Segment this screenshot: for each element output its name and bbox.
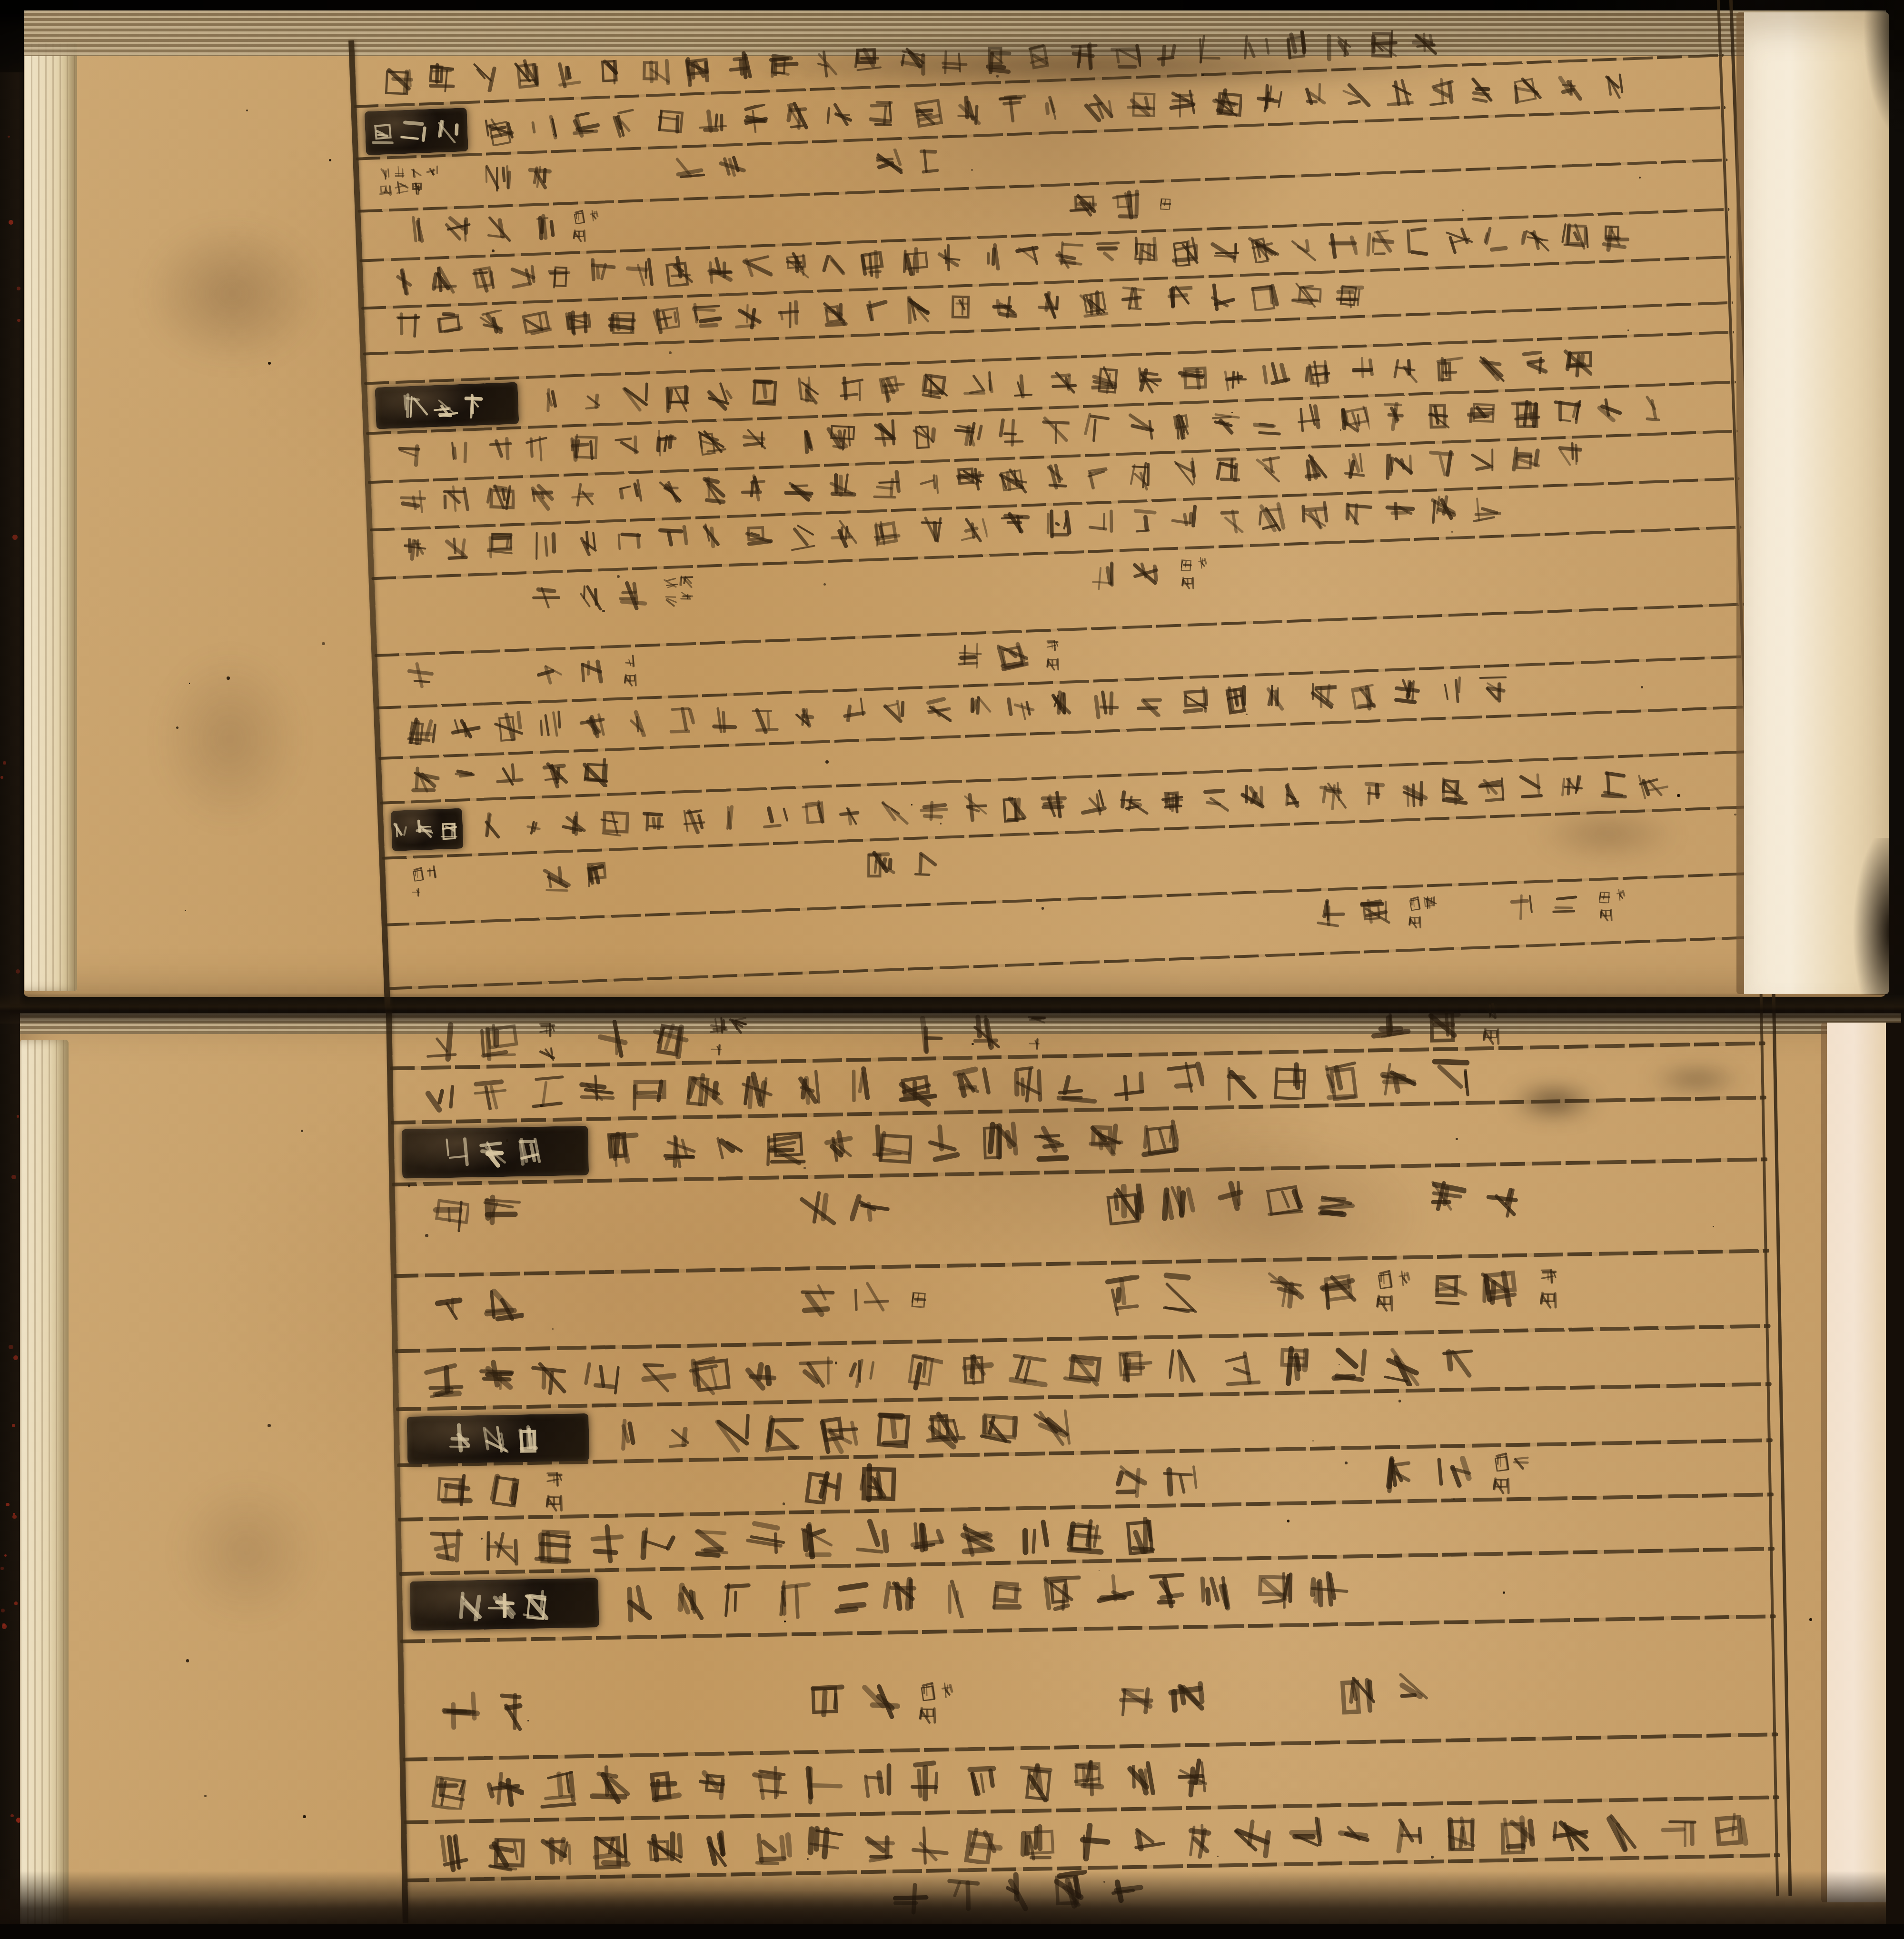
glyph (767, 51, 799, 83)
glyph (1031, 1122, 1072, 1164)
herb-dosage-note (410, 866, 442, 897)
glyph (709, 1017, 729, 1037)
glyph (1057, 1064, 1098, 1104)
herb-group (954, 638, 1061, 672)
glyph (526, 481, 558, 513)
glyph (1479, 1267, 1522, 1310)
glyph (582, 859, 614, 890)
herb-dosage-note (1374, 1269, 1416, 1310)
glyph (996, 1871, 1038, 1913)
glyph (486, 528, 517, 560)
worm-speck (1677, 794, 1680, 797)
herb-group (864, 847, 951, 881)
glyph (604, 1128, 646, 1171)
red-edge-speck (9, 1345, 13, 1350)
glyph (1510, 72, 1543, 105)
note-line (664, 592, 696, 607)
worm-speck (669, 351, 672, 354)
herb-name (798, 1278, 906, 1321)
worm-speck (784, 1621, 786, 1622)
red-edge-speck (13, 1513, 15, 1515)
glyph (1263, 684, 1294, 715)
glyph (764, 1127, 806, 1169)
glyph (667, 1580, 709, 1622)
note-line (1598, 888, 1630, 904)
glyph (483, 1769, 524, 1810)
glyph (1491, 1452, 1511, 1472)
glyph (545, 258, 578, 291)
glyph (1596, 70, 1628, 103)
herb-name (433, 1470, 540, 1512)
note-line (537, 1041, 558, 1061)
glyph (528, 1359, 570, 1401)
glyph (544, 1469, 564, 1489)
glyph (1045, 656, 1060, 670)
glyph (824, 422, 855, 453)
glyph (452, 763, 482, 794)
note-line (536, 1020, 557, 1040)
glyph (553, 57, 585, 89)
glyph (470, 1072, 512, 1114)
glyph (586, 208, 602, 223)
glyph (480, 1193, 522, 1234)
glyph (526, 112, 558, 144)
glyph (698, 475, 729, 506)
glyph (1359, 896, 1391, 929)
glyph (855, 1462, 897, 1504)
glyph (539, 862, 572, 895)
glyph (1337, 1818, 1378, 1859)
herb-name (1108, 1457, 1216, 1500)
glyph (848, 1351, 890, 1393)
glyph (416, 1076, 458, 1118)
glyph (739, 424, 770, 455)
herb-ingredient-row (405, 1666, 1773, 1756)
herb-group (481, 159, 568, 193)
glyph (519, 306, 552, 338)
glyph (1323, 1060, 1364, 1101)
herb-name (954, 639, 1041, 673)
worm-speck (1713, 1226, 1714, 1227)
glyph (639, 55, 671, 87)
herb-dosage-note (544, 1470, 565, 1510)
glyph (1048, 1870, 1091, 1913)
glyph (622, 654, 637, 669)
glyph (1478, 1177, 1520, 1219)
glyph (440, 1690, 482, 1731)
glyph (804, 1825, 845, 1866)
glyph (597, 56, 627, 87)
glyph (1148, 1571, 1189, 1612)
glyph (968, 1009, 1011, 1052)
worm-speck (408, 1184, 411, 1187)
glyph (1636, 767, 1669, 800)
glyph (1550, 1812, 1592, 1854)
glyph (758, 799, 790, 831)
glyph (377, 166, 393, 181)
worm-speck (204, 1795, 207, 1797)
glyph (791, 376, 822, 406)
glyph (1389, 1671, 1431, 1712)
red-edge-speck (16, 969, 20, 974)
glyph (1170, 236, 1201, 267)
glyph (1537, 1266, 1557, 1286)
glyph (1198, 786, 1229, 817)
glyph (741, 472, 772, 503)
herb-group (433, 1469, 565, 1512)
herb-name (1103, 1180, 1264, 1224)
glyph (410, 866, 425, 882)
herb-group (1261, 1178, 1369, 1221)
glyph (923, 1121, 967, 1164)
herb-name (1089, 557, 1176, 591)
herb-group (871, 145, 958, 179)
glyph (862, 292, 894, 325)
glyph (819, 297, 852, 329)
glyph (1042, 508, 1073, 539)
glyph (871, 1124, 912, 1165)
glyph (483, 1284, 524, 1325)
glyph (1278, 779, 1309, 811)
herb-group (405, 866, 442, 898)
glyph (1131, 556, 1164, 589)
glyph (1562, 348, 1592, 378)
glyph (696, 425, 727, 456)
glyph (1163, 1060, 1205, 1102)
glyph (938, 43, 971, 76)
glyph (653, 427, 685, 459)
note-line (410, 866, 442, 881)
glyph (451, 1589, 483, 1621)
glyph (657, 1128, 699, 1170)
glyph (833, 374, 865, 406)
glyph (1325, 31, 1356, 62)
red-edge-speck (17, 319, 20, 322)
glyph (1602, 1810, 1646, 1853)
glyph (870, 514, 903, 547)
red-edge-speck (17, 287, 20, 290)
glyph (1422, 1004, 1465, 1046)
glyph (918, 794, 949, 825)
glyph (559, 811, 590, 842)
glyph (1613, 887, 1628, 902)
glyph (1068, 40, 1098, 70)
glyph (729, 1015, 749, 1035)
glyph (1491, 1475, 1510, 1494)
red-edge-speck (12, 1515, 16, 1519)
herb-name (864, 847, 951, 881)
glyph (978, 1408, 1020, 1450)
glyph (724, 50, 756, 82)
glyph (764, 1414, 807, 1457)
glyph (524, 1073, 565, 1114)
note-line (1044, 638, 1061, 653)
worm-speck (1639, 177, 1641, 179)
glyph (382, 64, 414, 97)
glyph (571, 209, 586, 224)
herb-group (427, 1193, 535, 1236)
glyph (851, 1516, 893, 1559)
glyph (1260, 1179, 1304, 1222)
glyph (1442, 224, 1475, 257)
glyph (1069, 1756, 1111, 1798)
glyph (1385, 497, 1416, 528)
glyph (835, 696, 866, 727)
glyph (629, 1070, 673, 1114)
glyph (1432, 1452, 1475, 1495)
upper-page (24, 10, 1886, 997)
glyph (937, 1680, 957, 1700)
glyph (783, 471, 815, 503)
glyph (398, 487, 430, 518)
glyph (907, 848, 938, 879)
glyph (1468, 76, 1499, 107)
glyph (1008, 1352, 1050, 1393)
glyph (991, 290, 1023, 322)
herb-name (1105, 1273, 1212, 1315)
glyph (400, 532, 431, 563)
note-line (1481, 1024, 1502, 1043)
formula-name-header-block (401, 1126, 589, 1179)
note-line (1027, 1011, 1048, 1031)
herb-name (539, 859, 626, 893)
glyph (441, 484, 472, 515)
glyph (1408, 914, 1422, 928)
glyph (620, 381, 650, 412)
glyph (545, 1492, 564, 1511)
glyph (1169, 457, 1200, 488)
glyph (462, 392, 490, 420)
glyph (589, 1765, 631, 1807)
glyph (936, 243, 967, 274)
glyph (530, 579, 562, 611)
glyph (425, 1021, 467, 1064)
glyph (1269, 1058, 1312, 1101)
herb-dosage-note (1180, 556, 1212, 587)
glyph (691, 1520, 734, 1564)
glyph (717, 152, 748, 183)
herb-group (1425, 1175, 1533, 1218)
note-line (622, 654, 638, 668)
herb-dosage-note (571, 209, 604, 240)
glyph (998, 793, 1030, 824)
glyph (1230, 1818, 1271, 1859)
glyph (1422, 894, 1437, 909)
red-edge-speck (12, 1424, 15, 1427)
note-line (1407, 895, 1438, 911)
glyph (797, 1187, 838, 1228)
glyph (432, 394, 459, 421)
glyph (537, 1831, 579, 1872)
glyph (1040, 459, 1072, 492)
glyph (430, 1832, 472, 1874)
herb-dosage-note (1044, 638, 1061, 669)
glyph (475, 1358, 517, 1400)
glyph (1390, 354, 1421, 385)
glyph (962, 369, 994, 402)
glyph (1521, 223, 1552, 253)
herb-name (871, 145, 958, 179)
glyph (902, 1351, 943, 1392)
glyph (1248, 280, 1279, 311)
glyph (1409, 24, 1441, 56)
herb-group (530, 576, 696, 612)
note-line (411, 882, 443, 897)
glyph (1048, 368, 1079, 398)
herb-group (915, 1011, 1048, 1054)
worm-speck (1462, 209, 1463, 211)
glyph (528, 530, 560, 562)
glyph (958, 792, 990, 824)
glyph (1127, 507, 1160, 540)
glyph (1637, 390, 1670, 423)
herb-dosage-note (1159, 195, 1175, 210)
note-line (1538, 1266, 1559, 1286)
glyph (368, 118, 397, 147)
glyph (431, 1470, 475, 1514)
worm-speck (1641, 686, 1643, 688)
note-line (1180, 556, 1211, 571)
glyph (934, 1577, 977, 1620)
glyph (1254, 452, 1287, 485)
glyph (481, 1425, 512, 1456)
glyph (657, 524, 688, 555)
worm-speck (246, 109, 248, 111)
glyph (1068, 192, 1100, 224)
glyph (1382, 78, 1414, 110)
glyph (1156, 1180, 1199, 1223)
worm-speck (329, 159, 331, 161)
herb-dosage-note (622, 654, 639, 685)
herb-name (429, 1285, 536, 1328)
glyph (1710, 1809, 1752, 1851)
glyph (478, 1018, 521, 1062)
glyph (1434, 673, 1466, 706)
glyph (493, 1690, 535, 1732)
glyph (679, 590, 694, 605)
herb-name (1068, 188, 1155, 222)
glyph (948, 289, 980, 322)
glyph (1511, 1451, 1531, 1471)
glyph (658, 1415, 699, 1456)
glyph (428, 262, 461, 295)
formula-row (401, 1114, 1191, 1178)
worm-speck (1041, 907, 1044, 909)
glyph (486, 1471, 527, 1513)
glyph (1507, 893, 1539, 925)
glyph (1435, 1342, 1477, 1383)
glyph (655, 107, 685, 137)
herb-dosage-note (1598, 888, 1630, 920)
glyph (467, 262, 500, 294)
glyph (1425, 1175, 1467, 1217)
glyph (1425, 75, 1457, 107)
stain (145, 1449, 349, 1654)
glyph (1254, 83, 1285, 114)
worm-speck (1231, 412, 1233, 413)
glyph (1297, 451, 1329, 484)
note-line (1159, 195, 1175, 210)
glyph (1076, 288, 1109, 320)
formula-name-header-block (410, 1578, 599, 1631)
herb-name (797, 1187, 904, 1230)
glyph (651, 1017, 693, 1059)
glyph (1433, 354, 1464, 385)
glyph (781, 424, 814, 457)
worm-speck (1770, 626, 1772, 628)
glyph (1482, 225, 1513, 255)
glyph (531, 657, 564, 690)
glyph (949, 1064, 992, 1106)
glyph (1340, 450, 1372, 482)
glyph (573, 580, 605, 611)
glyph (1005, 692, 1038, 725)
glyph (1598, 907, 1613, 921)
glyph (698, 105, 728, 136)
glyph (828, 1577, 869, 1618)
glyph (798, 1278, 840, 1320)
glyph (1044, 638, 1060, 653)
herb-dosage-note (917, 1681, 959, 1722)
worm-speck (835, 1362, 837, 1364)
page-stack-edge-left (20, 1040, 69, 1926)
glyph (1517, 770, 1549, 802)
glyph (974, 242, 1007, 275)
worm-speck (940, 823, 942, 824)
glyph (481, 434, 514, 467)
herb-group (1369, 1002, 1502, 1045)
glyph (389, 819, 411, 841)
glyph (570, 478, 601, 509)
glyph (410, 181, 425, 196)
glyph (1161, 1459, 1204, 1501)
glyph (1557, 768, 1589, 801)
glyph (1481, 1026, 1500, 1045)
page-frame-border-right (1759, 976, 1792, 1896)
glyph (1124, 411, 1155, 442)
glyph (1026, 1011, 1046, 1031)
glyph (1328, 1342, 1369, 1384)
glyph (506, 259, 538, 291)
glyph (1365, 228, 1396, 259)
glyph (624, 256, 655, 288)
glyph (485, 212, 517, 244)
glyph (1366, 27, 1399, 60)
glyph (1082, 413, 1112, 443)
glyph (1083, 461, 1115, 493)
herb-name (674, 152, 761, 186)
glyph (590, 1828, 633, 1870)
herb-group (597, 1016, 751, 1060)
glyph (1428, 1057, 1472, 1100)
glyph (1219, 361, 1251, 393)
glyph (1443, 1815, 1486, 1858)
glyph (1287, 232, 1318, 263)
note-line (1375, 1290, 1416, 1310)
glyph (1004, 368, 1037, 400)
glyph (1052, 239, 1084, 270)
herb-group (532, 654, 639, 688)
glyph (524, 431, 557, 464)
glyph (1599, 221, 1630, 252)
glyph (777, 300, 808, 331)
herb-ingredient-row (396, 1171, 1764, 1261)
glyph (1111, 189, 1142, 220)
glyph (920, 370, 950, 401)
glyph (1426, 1265, 1469, 1309)
glyph (811, 48, 842, 80)
glyph (916, 1014, 957, 1055)
